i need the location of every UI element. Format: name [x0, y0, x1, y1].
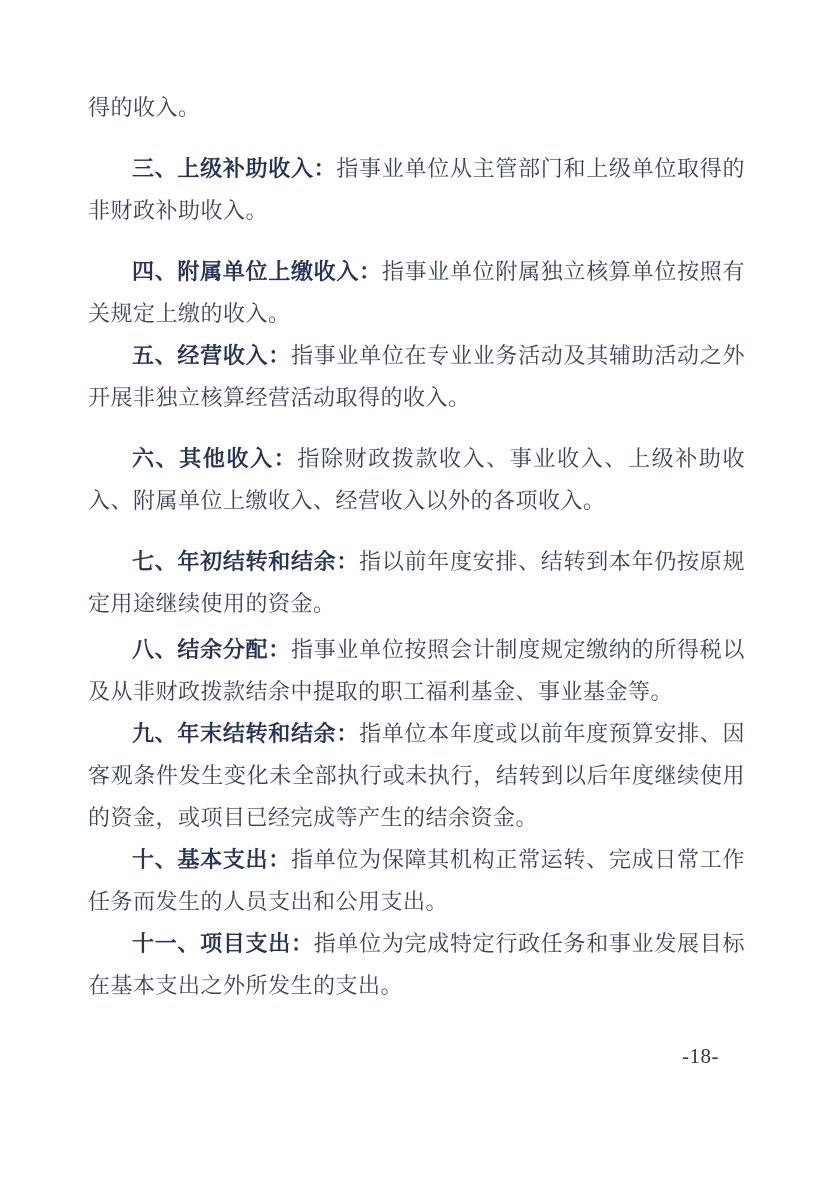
section-heading: 三、上级补助收入：	[132, 156, 336, 181]
section-paragraph-11: 十一、项目支出：指单位为完成特定行政任务和事业发展目标在基本支出之外所发生的支出…	[88, 923, 745, 1007]
section-paragraph-8: 八、结余分配：指事业单位按照会计制度规定缴纳的所得税以及从非财政拨款结余中提取的…	[88, 629, 745, 713]
page-number: -18-	[682, 1041, 742, 1071]
section-heading: 四、附属单位上缴收入：	[132, 259, 382, 284]
section-heading: 十、基本支出：	[132, 847, 291, 872]
section-paragraph-4: 四、附属单位上缴收入：指事业单位附属独立核算单位按照有关规定上缴的收入。	[88, 251, 745, 335]
section-paragraph-5: 五、经营收入：指事业单位在专业业务活动及其辅助活动之外开展非独立核算经营活动取得…	[88, 335, 745, 419]
section-heading: 五、经营收入：	[132, 343, 291, 368]
section-paragraph-9: 九、年末结转和结余：指单位本年度或以前年度预算安排、因客观条件发生变化未全部执行…	[88, 713, 745, 839]
section-heading: 九、年末结转和结余：	[132, 721, 359, 746]
section-paragraph-7: 七、年初结转和结余：指以前年度安排、结转到本年仍按原规定用途继续使用的资金。	[88, 541, 745, 625]
continuation-paragraph: 得的收入。	[88, 87, 745, 129]
continuation-text: 得的收入。	[88, 95, 201, 120]
section-heading: 七、年初结转和结余：	[132, 549, 359, 574]
document-page: 得的收入。 三、上级补助收入：指事业单位从主管部门和上级单位取得的非财政补助收入…	[0, 0, 840, 1188]
section-paragraph-3: 三、上级补助收入：指事业单位从主管部门和上级单位取得的非财政补助收入。	[88, 148, 745, 232]
section-heading: 六、其他收入：	[132, 446, 297, 471]
section-heading: 八、结余分配：	[132, 637, 291, 662]
section-heading: 十一、项目支出：	[132, 931, 314, 956]
section-paragraph-6: 六、其他收入：指除财政拨款收入、事业收入、上级补助收入、附属单位上缴收入、经营收…	[88, 438, 745, 522]
section-paragraph-10: 十、基本支出：指单位为保障其机构正常运转、完成日常工作任务而发生的人员支出和公用…	[88, 839, 745, 923]
